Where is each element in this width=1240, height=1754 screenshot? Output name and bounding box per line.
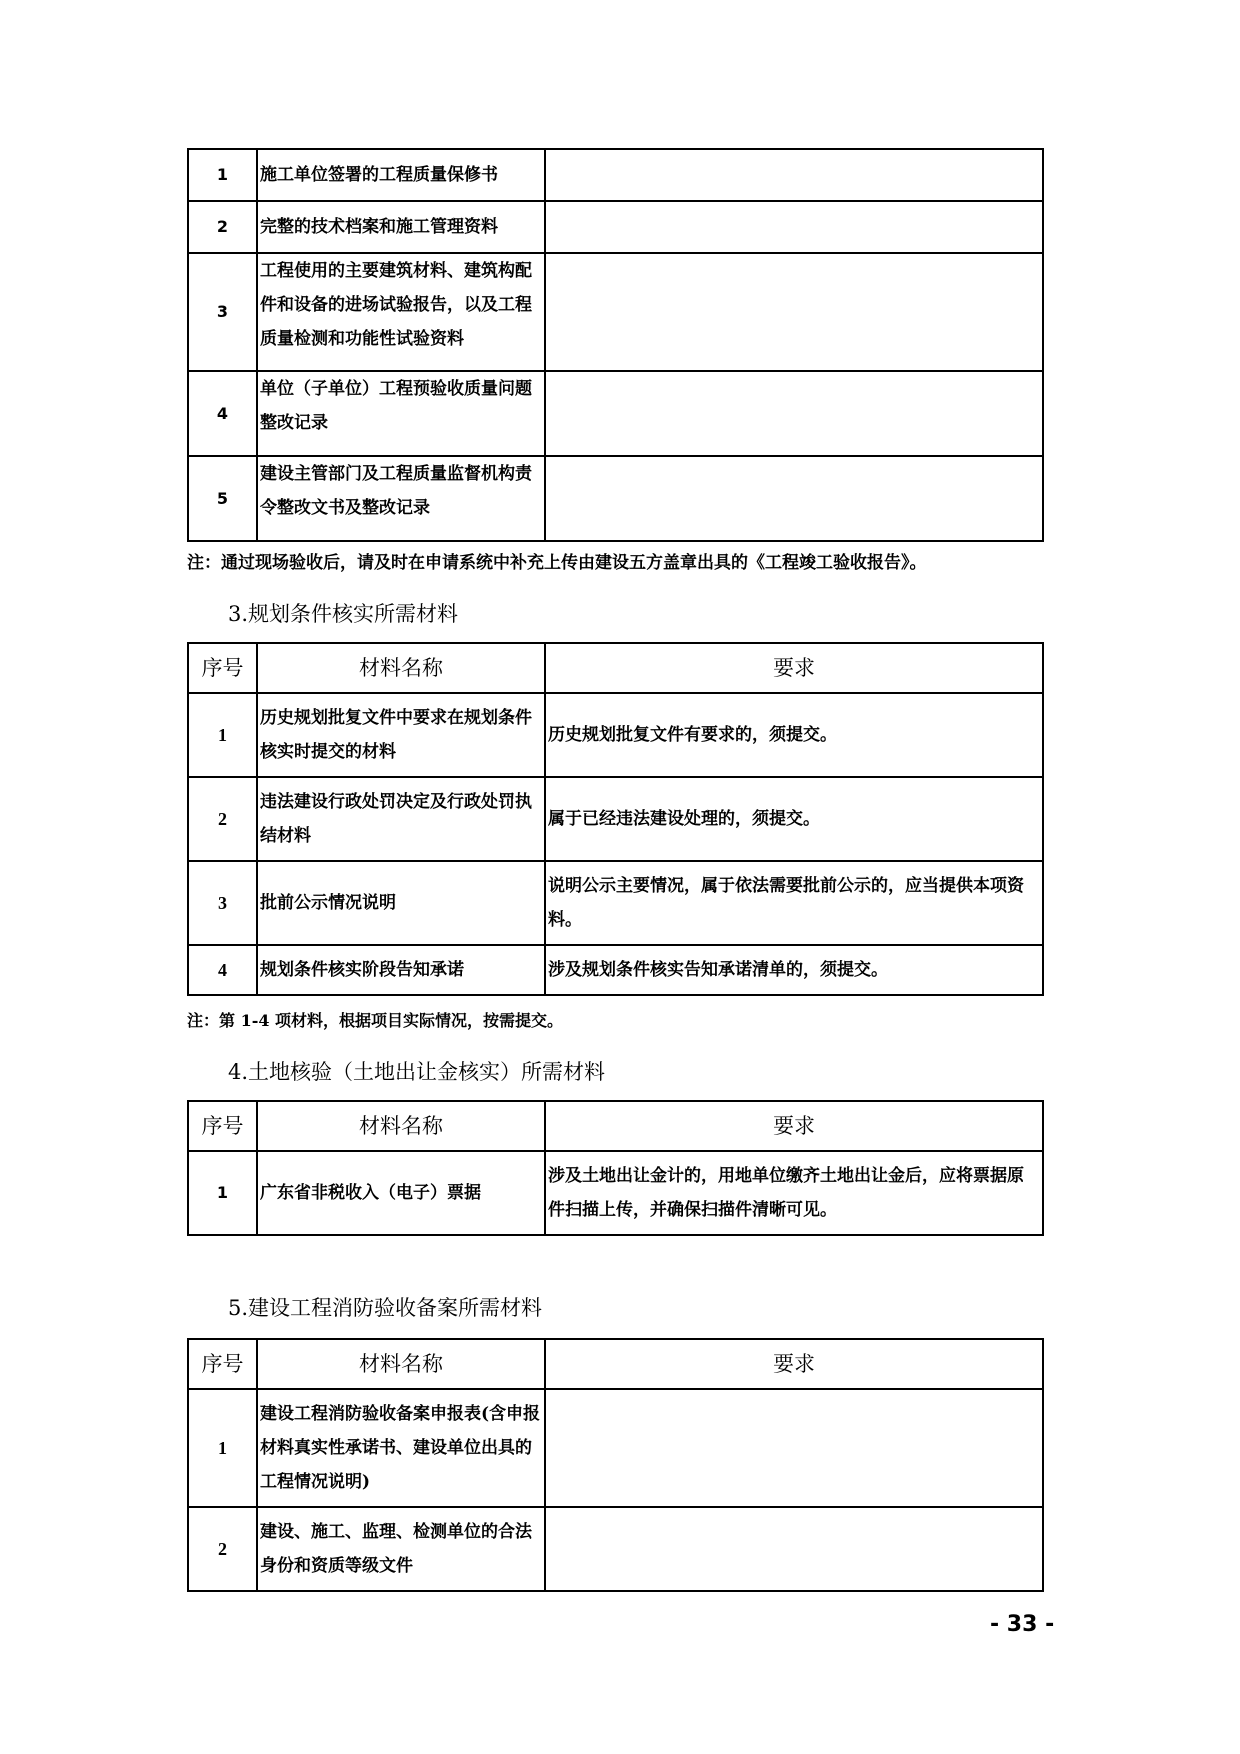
material-name: 施工单位签署的工程质量保修书: [257, 149, 545, 201]
header-material-name: 材料名称: [257, 1339, 545, 1389]
table-row: 4 单位（子单位）工程预验收质量问题整改记录: [188, 371, 1043, 456]
requirement: 涉及土地出让金计的，用地单位缴齐土地出让金后，应将票据原件扫描上传，并确保扫描件…: [545, 1151, 1043, 1235]
requirement: [545, 149, 1043, 201]
section-4-heading: 4.土地核验（土地出让金核实）所需材料: [228, 1056, 605, 1086]
material-name: 建设主管部门及工程质量监督机构责令整改文书及整改记录: [257, 456, 545, 541]
header-material-name: 材料名称: [257, 643, 545, 693]
row-number: 1: [188, 1389, 257, 1507]
material-name: 历史规划批复文件中要求在规划条件核实时提交的材料: [257, 693, 545, 777]
table-row: 2 违法建设行政处罚决定及行政处罚执结材料 属于已经违法建设处理的，须提交。: [188, 777, 1043, 861]
requirement: 说明公示主要情况，属于依法需要批前公示的，应当提供本项资料。: [545, 861, 1043, 945]
table-row: 4 规划条件核实阶段告知承诺 涉及规划条件核实告知承诺清单的，须提交。: [188, 945, 1043, 995]
note-section-3: 注：第 1-4 项材料，根据项目实际情况，按需提交。: [187, 1008, 563, 1031]
table-row: 2 完整的技术档案和施工管理资料: [188, 201, 1043, 253]
table-header-row: 序号 材料名称 要求: [188, 1339, 1043, 1389]
row-number: 1: [188, 1151, 257, 1235]
table-row: 1 建设工程消防验收备案申报表(含申报材料真实性承诺书、建设单位出具的工程情况说…: [188, 1389, 1043, 1507]
table-row: 1 广东省非税收入（电子）票据 涉及土地出让金计的，用地单位缴齐土地出让金后，应…: [188, 1151, 1043, 1235]
table-land-verification: 序号 材料名称 要求 1 广东省非税收入（电子）票据 涉及土地出让金计的，用地单…: [187, 1100, 1044, 1236]
row-number: 4: [188, 945, 257, 995]
row-number: 4: [188, 371, 257, 456]
material-name: 建设、施工、监理、检测单位的合法身份和资质等级文件: [257, 1507, 545, 1591]
row-number: 1: [188, 149, 257, 201]
table-row: 5 建设主管部门及工程质量监督机构责令整改文书及整改记录: [188, 456, 1043, 541]
requirement: 历史规划批复文件有要求的，须提交。: [545, 693, 1043, 777]
table-planning-verification: 序号 材料名称 要求 1 历史规划批复文件中要求在规划条件核实时提交的材料 历史…: [187, 642, 1044, 996]
row-number: 5: [188, 456, 257, 541]
row-number: 3: [188, 253, 257, 371]
header-material-name: 材料名称: [257, 1101, 545, 1151]
material-name: 批前公示情况说明: [257, 861, 545, 945]
requirement: 涉及规划条件核实告知承诺清单的，须提交。: [545, 945, 1043, 995]
material-name: 单位（子单位）工程预验收质量问题整改记录: [257, 371, 545, 456]
requirement: [545, 201, 1043, 253]
header-requirement: 要求: [545, 1339, 1043, 1389]
table-row: 2 建设、施工、监理、检测单位的合法身份和资质等级文件: [188, 1507, 1043, 1591]
page-number: - 33 -: [990, 1612, 1054, 1637]
table-row: 1 施工单位签署的工程质量保修书: [188, 149, 1043, 201]
material-name: 违法建设行政处罚决定及行政处罚执结材料: [257, 777, 545, 861]
section-3-heading: 3.规划条件核实所需材料: [228, 598, 458, 628]
table-completion-acceptance-materials: 1 施工单位签署的工程质量保修书 2 完整的技术档案和施工管理资料 3 工程使用…: [187, 148, 1044, 542]
row-number: 3: [188, 861, 257, 945]
requirement: [545, 456, 1043, 541]
requirement: [545, 371, 1043, 456]
header-number: 序号: [188, 1339, 257, 1389]
material-name: 建设工程消防验收备案申报表(含申报材料真实性承诺书、建设单位出具的工程情况说明): [257, 1389, 545, 1507]
row-number: 1: [188, 693, 257, 777]
header-requirement: 要求: [545, 643, 1043, 693]
header-requirement: 要求: [545, 1101, 1043, 1151]
material-name: 工程使用的主要建筑材料、建筑构配件和设备的进场试验报告，以及工程质量检测和功能性…: [257, 253, 545, 371]
row-number: 2: [188, 1507, 257, 1591]
table-row: 3 批前公示情况说明 说明公示主要情况，属于依法需要批前公示的，应当提供本项资料…: [188, 861, 1043, 945]
material-name: 完整的技术档案和施工管理资料: [257, 201, 545, 253]
table-row: 3 工程使用的主要建筑材料、建筑构配件和设备的进场试验报告，以及工程质量检测和功…: [188, 253, 1043, 371]
row-number: 2: [188, 201, 257, 253]
requirement: [545, 1389, 1043, 1507]
table-header-row: 序号 材料名称 要求: [188, 1101, 1043, 1151]
table-fire-acceptance-filing: 序号 材料名称 要求 1 建设工程消防验收备案申报表(含申报材料真实性承诺书、建…: [187, 1338, 1044, 1592]
material-name: 广东省非税收入（电子）票据: [257, 1151, 545, 1235]
header-number: 序号: [188, 1101, 257, 1151]
requirement: [545, 1507, 1043, 1591]
note-completion-report: 注：通过现场验收后，请及时在申请系统中补充上传由建设五方盖章出具的《工程竣工验收…: [187, 548, 927, 573]
row-number: 2: [188, 777, 257, 861]
table-header-row: 序号 材料名称 要求: [188, 643, 1043, 693]
table-row: 1 历史规划批复文件中要求在规划条件核实时提交的材料 历史规划批复文件有要求的，…: [188, 693, 1043, 777]
material-name: 规划条件核实阶段告知承诺: [257, 945, 545, 995]
requirement: 属于已经违法建设处理的，须提交。: [545, 777, 1043, 861]
header-number: 序号: [188, 643, 257, 693]
section-5-heading: 5.建设工程消防验收备案所需材料: [228, 1292, 542, 1322]
requirement: [545, 253, 1043, 371]
